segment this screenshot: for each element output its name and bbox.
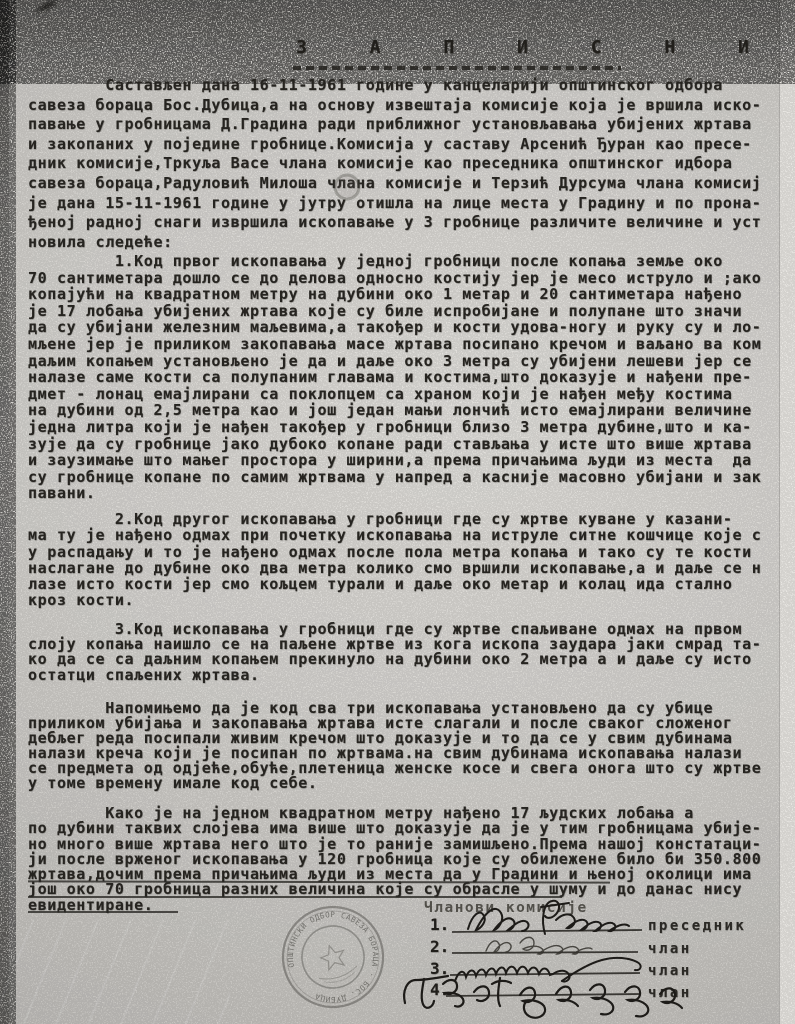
signer-number: 1.	[430, 915, 449, 934]
signer-role: члан	[648, 963, 692, 979]
paragraph-first-excavation: 1.Код првог ископавања у једној гробници…	[28, 253, 761, 502]
scan-right-edge	[779, 0, 795, 1024]
paragraph-second-excavation: 2.Код другог ископавања у гробници где с…	[28, 511, 761, 609]
emphasis-underline	[28, 896, 562, 898]
paragraph-introduction: Састављен дана 16-11-1961 године у канце…	[28, 76, 761, 252]
paper-crease	[0, 920, 230, 1024]
signature-member-2	[486, 937, 592, 954]
stamp-star-emblem	[318, 942, 348, 971]
signer-role: члан	[648, 941, 692, 957]
signer-role: преседник	[648, 918, 746, 934]
signature-member-3	[455, 958, 641, 982]
stamp-ring-text: ОПШТИНСКИ ОДБОР САВЕЗА БОРАЦА · БОС. ДУБ…	[274, 898, 392, 1017]
signer-number: 3.	[430, 959, 449, 978]
emphasis-underline	[28, 911, 178, 913]
signer-number: 4.	[430, 980, 449, 999]
scanned-document-page: З А П И С Н И К Састављен дана 16-11-196…	[0, 0, 795, 1024]
signer-number: 2.	[430, 937, 449, 956]
commission-members-heading: Чланови комисије	[424, 900, 588, 916]
signer-role: члан	[648, 985, 692, 1001]
scan-corner-smudge	[29, 0, 65, 19]
title-underline	[293, 66, 621, 70]
paragraph-note: Напомињемо да је код сва три ископавања …	[28, 701, 761, 790]
signature-lines	[446, 930, 642, 996]
scan-top-shading	[0, 0, 795, 72]
paragraph-third-excavation: 3.Код ископавања у гробници где су жртве…	[28, 622, 761, 683]
scan-left-edge	[0, 0, 9, 1024]
document-title: З А П И С Н И К	[296, 37, 795, 58]
